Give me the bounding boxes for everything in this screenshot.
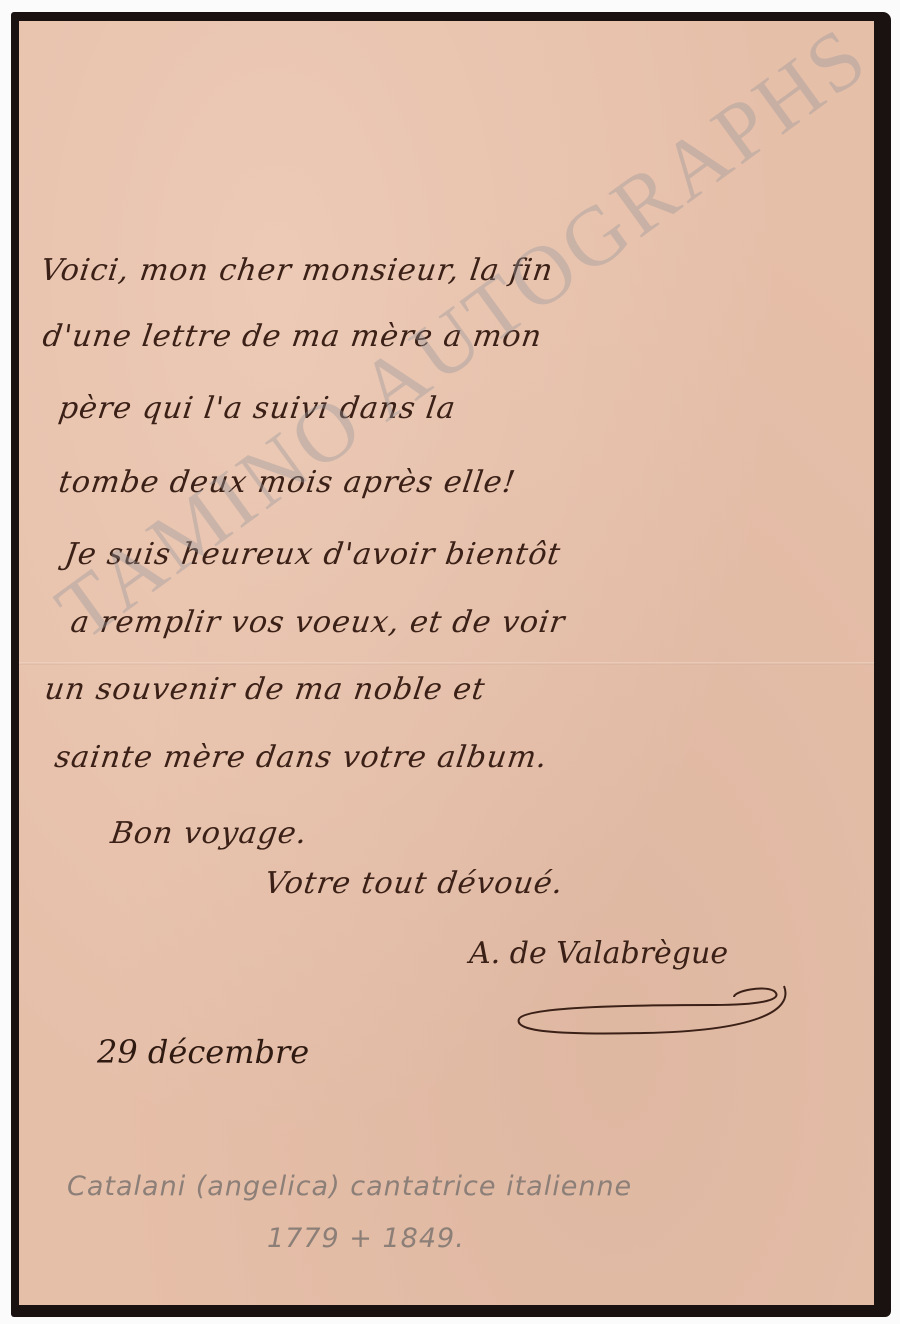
- letter-line-6: a remplir vos voeux, et de voir: [69, 605, 568, 640]
- closing-votre-devoue: Votre tout dévoué.: [263, 866, 566, 901]
- letter-line-4: tombe deux mois après elle!: [57, 465, 519, 500]
- letter-line-7: un souvenir de ma noble et: [43, 672, 488, 707]
- letter-line-1: Voici, mon cher monsieur, la fin: [39, 253, 556, 288]
- letter-line-3: père qui l'a suivi dans la: [57, 391, 459, 426]
- mourning-border-card: Voici, mon cher monsieur, la fin d'une l…: [11, 12, 891, 1317]
- closing-bon-voyage: Bon voyage.: [109, 816, 310, 851]
- pencil-annotation-name: Catalani (angelica) cantatrice italienne: [67, 1171, 632, 1202]
- pencil-annotation-dates: 1779 + 1849.: [267, 1223, 465, 1254]
- letter-line-5: Je suis heureux d'avoir bientôt: [63, 537, 564, 572]
- signature: A. de Valabrègue: [469, 936, 728, 971]
- letter-date: 29 décembre: [97, 1033, 309, 1071]
- letter-line-2: d'une lettre de ma mère a mon: [41, 319, 545, 354]
- letter-line-8: sainte mère dans votre album.: [53, 740, 550, 775]
- signature-flourish-icon: [494, 981, 834, 1041]
- paper-fold-crease: [19, 662, 874, 665]
- letter-paper: Voici, mon cher monsieur, la fin d'une l…: [19, 21, 874, 1305]
